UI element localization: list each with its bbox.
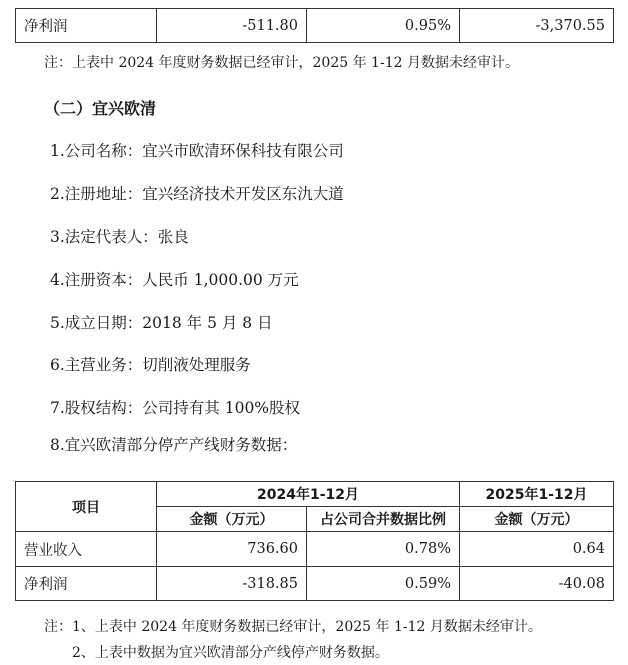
cell-value: 0.59% bbox=[307, 567, 460, 601]
cell-value: 736.60 bbox=[157, 532, 307, 567]
row-label: 营业收入 bbox=[16, 532, 157, 567]
header-period-2024: 2024年1-12月 bbox=[157, 482, 460, 507]
cell-value: -511.80 bbox=[157, 9, 307, 43]
cell-value: 0.78% bbox=[307, 532, 460, 567]
info-item: 1.公司名称：宜兴市欧清环保科技有限公司 bbox=[50, 139, 344, 161]
info-item: 5.成立日期：2018 年 5 月 8 日 bbox=[50, 311, 273, 333]
top-financial-table: 净利润 -511.80 0.95% -3,370.55 bbox=[15, 8, 614, 43]
header-period-2025: 2025年1-12月 bbox=[460, 482, 614, 507]
financial-table: 项目 2024年1-12月 2025年1-12月 金额（万元） 占公司合并数据比… bbox=[15, 481, 614, 601]
info-item: 3.法定代表人：张良 bbox=[50, 225, 189, 247]
table-row: 净利润 -318.85 0.59% -40.08 bbox=[16, 567, 614, 601]
note-2: 2、上表中数据为宜兴欧清部分产线停产财务数据。 bbox=[72, 642, 389, 662]
cell-value: -3,370.55 bbox=[460, 9, 614, 43]
header-amount-2025: 金额（万元） bbox=[460, 507, 614, 532]
info-item: 8.宜兴欧清部分停产产线财务数据： bbox=[50, 433, 297, 455]
table-row: 净利润 -511.80 0.95% -3,370.55 bbox=[16, 9, 614, 43]
info-item: 2.注册地址：宜兴经济技术开发区东氿大道 bbox=[50, 182, 344, 204]
table-row: 营业收入 736.60 0.78% 0.64 bbox=[16, 532, 614, 567]
header-item: 项目 bbox=[16, 482, 157, 532]
header-amount-2024: 金额（万元） bbox=[157, 507, 307, 532]
cell-value: 0.95% bbox=[307, 9, 460, 43]
info-item: 7.股权结构：公司持有其 100%股权 bbox=[50, 396, 300, 418]
cell-value: -318.85 bbox=[157, 567, 307, 601]
header-ratio-2024: 占公司合并数据比例 bbox=[307, 507, 460, 532]
top-note: 注：上表中 2024 年度财务数据已经审计，2025 年 1-12 月数据未经审… bbox=[44, 52, 519, 72]
header-row: 项目 2024年1-12月 2025年1-12月 bbox=[16, 482, 614, 507]
info-item: 4.注册资本：人民币 1,000.00 万元 bbox=[50, 268, 299, 290]
section-heading: （二）宜兴欧清 bbox=[44, 96, 156, 119]
row-label: 净利润 bbox=[16, 9, 157, 43]
cell-value: -40.08 bbox=[460, 567, 614, 601]
row-label: 净利润 bbox=[16, 567, 157, 601]
info-item: 6.主营业务：切削液处理服务 bbox=[50, 353, 251, 375]
cell-value: 0.64 bbox=[460, 532, 614, 567]
note-1: 注：1、上表中 2024 年度财务数据已经审计，2025 年 1-12 月数据未… bbox=[44, 616, 542, 636]
